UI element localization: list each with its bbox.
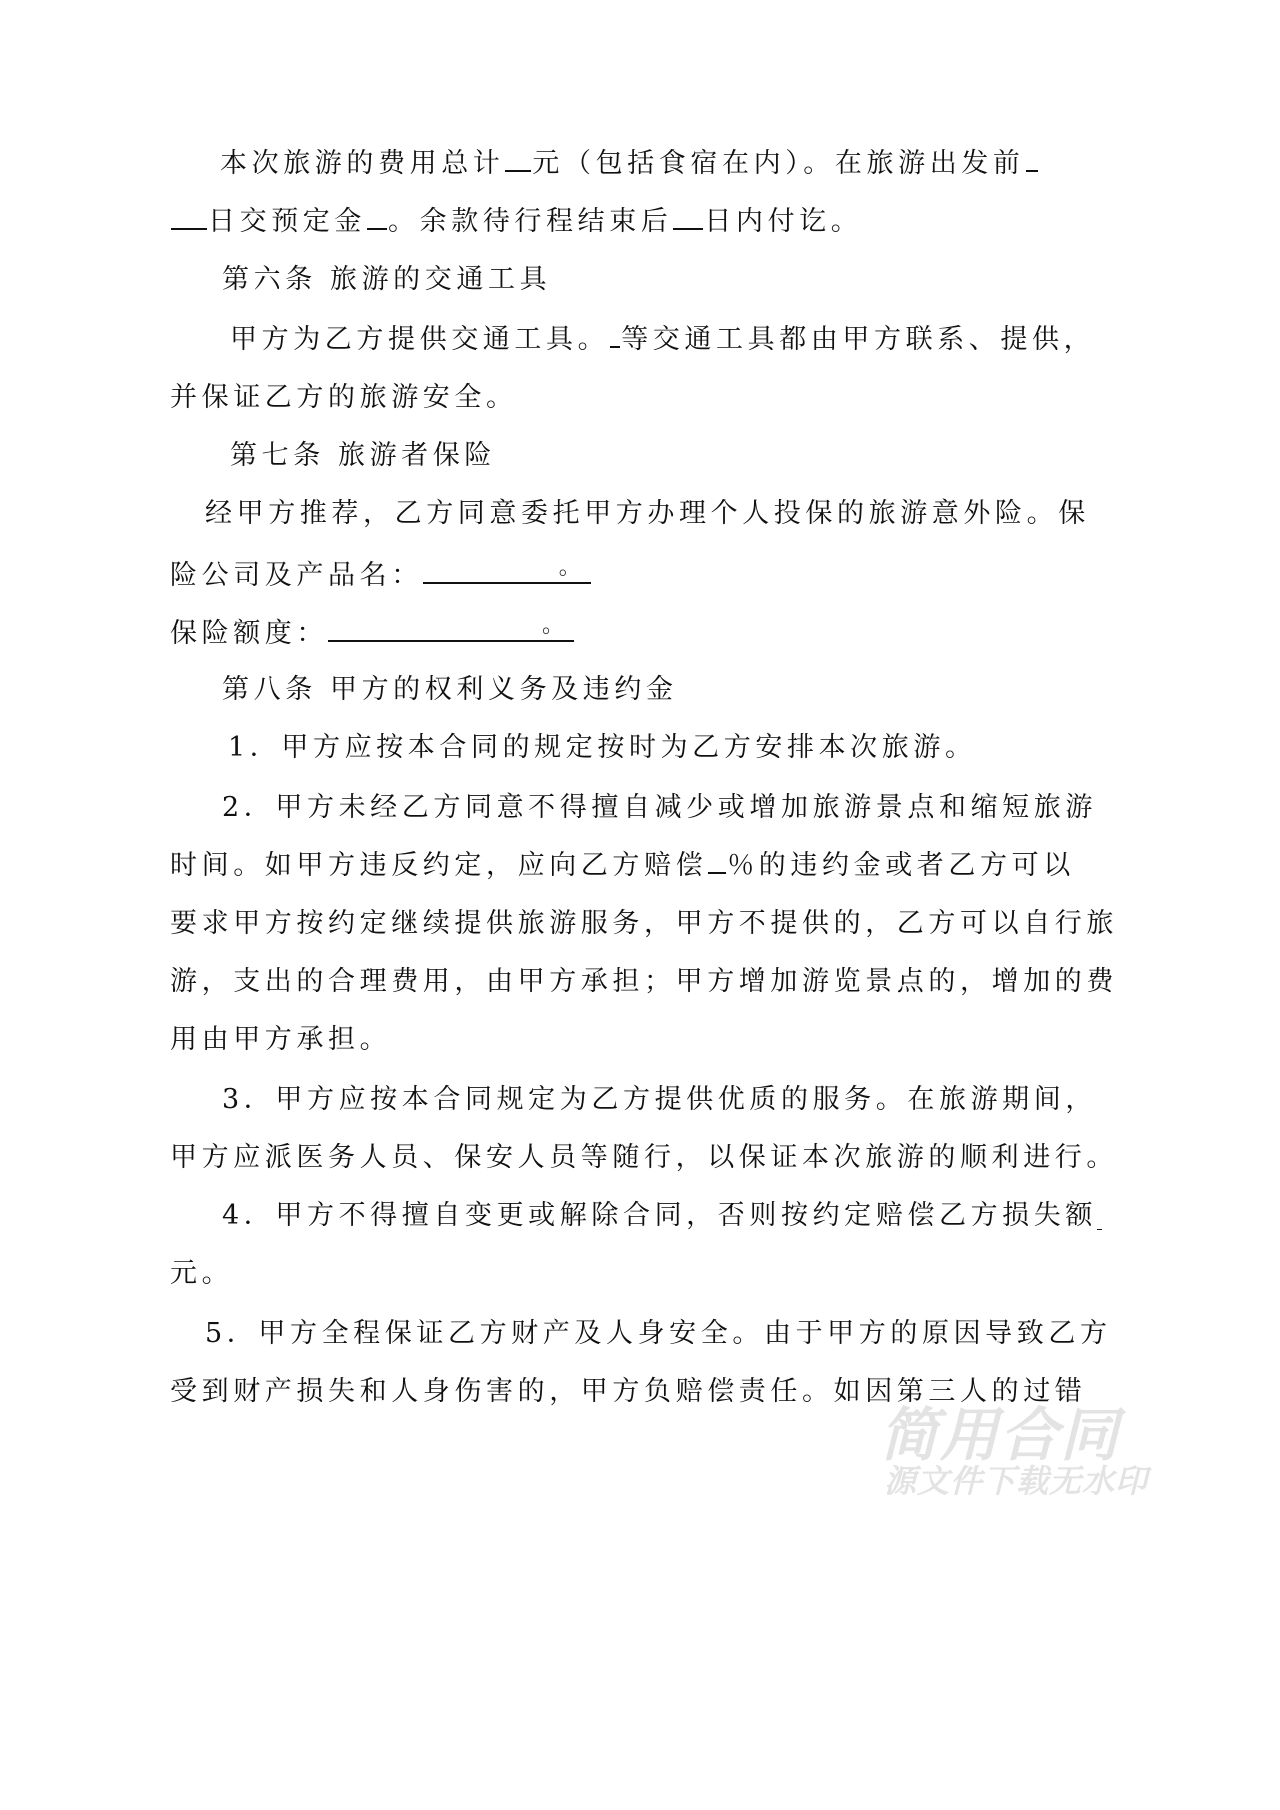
balance-days-blank[interactable]: [673, 206, 703, 230]
article-7-paragraph: 经甲方推荐，乙方同意委托甲方办理个人投保的旅游意外险。保: [205, 496, 1090, 532]
penalty-percent-blank[interactable]: [708, 850, 726, 874]
item-4-line2: 元。: [170, 1256, 233, 1292]
item-2-line3: 要求甲方按约定继续提供旅游服务，甲方不提供的，乙方可以自行旅: [170, 906, 1118, 942]
insurance-product-input[interactable]: 。: [423, 554, 591, 584]
insurance-amount-field-row: 保险额度：。: [170, 612, 574, 652]
item-5-line1: 5．甲方全程保证乙方财产及人身安全。由于甲方的原因导致乙方: [205, 1316, 1112, 1352]
text: 4．甲方不得擅自变更或解除合同，否则按约定赔偿乙方损失额: [222, 1200, 1097, 1231]
insurance-product-field-row: 险公司及产品名：。: [170, 554, 591, 594]
period: 。: [559, 550, 581, 586]
item-2-line1: 2．甲方未经乙方同意不得擅自减少或增加旅游景点和缩短旅游: [222, 790, 1097, 826]
item-3-line1: 3．甲方应按本合同规定为乙方提供优质的服务。在旅游期间，: [222, 1082, 1097, 1118]
text: 日内付讫。: [704, 206, 862, 237]
article-8-heading: 第八条 甲方的权利义务及违约金: [222, 672, 678, 708]
text: 本次旅游的费用总计: [220, 148, 504, 179]
text: 日交预定金: [208, 206, 366, 237]
text: ％的违约金或者乙方可以: [727, 850, 1075, 881]
fee-paragraph-line2: 日交预定金。余款待行程结束后日内付讫。: [170, 204, 862, 240]
article-6-paragraph-line1: 甲方为乙方提供交通工具。等交通工具都由甲方联系、提供，: [230, 322, 1095, 358]
article-6-heading: 第六条 旅游的交通工具: [222, 262, 551, 298]
item-2-line2: 时间。如甲方违反约定，应向乙方赔偿％的违约金或者乙方可以: [170, 848, 1075, 884]
item-4-line1: 4．甲方不得擅自变更或解除合同，否则按约定赔偿乙方损失额: [222, 1198, 1102, 1234]
item-3-line2: 甲方应派医务人员、保安人员等随行，以保证本次旅游的顺利进行。: [170, 1140, 1118, 1176]
watermark-slogan: 源文件下载无水印: [884, 1456, 1148, 1502]
transport-blank[interactable]: [610, 324, 620, 348]
text: 时间。如甲方违反约定，应向乙方赔偿: [170, 850, 707, 881]
text: 。余款待行程结束后: [388, 206, 672, 237]
item-2-line4: 游，支出的合理费用，由甲方承担；甲方增加游览景点的，增加的费: [170, 964, 1118, 1000]
article-7-heading: 第七条 旅游者保险: [230, 438, 496, 474]
total-fee-blank[interactable]: [505, 148, 531, 172]
fee-paragraph-line1: 本次旅游的费用总计元（包括食宿在内）。在旅游出发前: [220, 146, 1039, 182]
days-before-blank[interactable]: [1026, 148, 1038, 172]
text: 等交通工具都由甲方联系、提供，: [621, 324, 1095, 355]
loss-amount-blank[interactable]: [1097, 1229, 1102, 1230]
article-6-paragraph-line2: 并保证乙方的旅游安全。: [170, 380, 518, 416]
days-before-blank-cont[interactable]: [171, 206, 207, 230]
insurance-amount-label: 保险额度：: [170, 618, 328, 649]
text: 甲方为乙方提供交通工具。: [230, 324, 609, 355]
text: 元（包括食宿在内）。在旅游出发前: [532, 148, 1024, 179]
item-1: 1．甲方应按本合同的规定按时为乙方安排本次旅游。: [228, 730, 977, 766]
item-2-line5: 用由甲方承担。: [170, 1022, 391, 1058]
period: 。: [542, 608, 564, 644]
insurance-product-label: 险公司及产品名：: [170, 560, 423, 591]
insurance-amount-input[interactable]: 。: [328, 612, 574, 642]
deposit-blank[interactable]: [367, 206, 387, 230]
